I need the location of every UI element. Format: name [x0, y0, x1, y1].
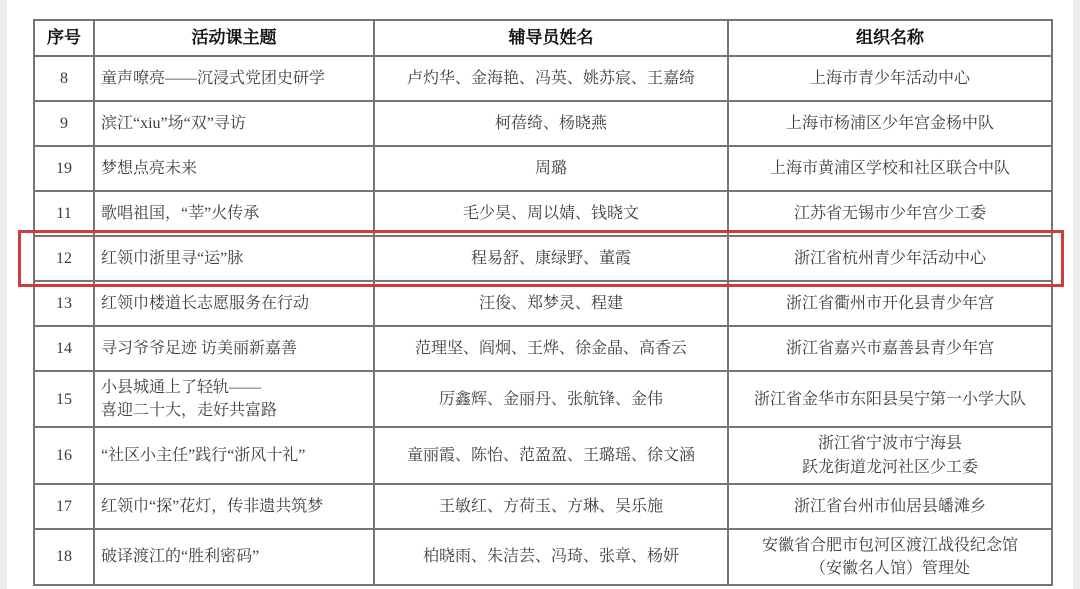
- table-row: 14 寻习爷爷足迹 访美丽新嘉善 范理坚、阎炯、王烨、徐金晶、高香云 浙江省嘉兴…: [34, 326, 1052, 371]
- cell-serial-number: 12: [34, 236, 94, 281]
- theme-line-1: 红领巾“探”花灯，传非遗共筑梦: [101, 495, 367, 518]
- org-line-1: 浙江省台州市仙居县皤滩乡: [735, 495, 1045, 518]
- right-edge-strip: [1073, 0, 1080, 589]
- org-line-2: （安徽名人馆）管理处: [735, 557, 1045, 580]
- table-row: 17 红领巾“探”花灯，传非遗共筑梦 王敏红、方荷玉、方琳、吴乐施 浙江省台州市…: [34, 484, 1052, 529]
- page: 序号 活动课主题 辅导员姓名 组织名称 8 童声嘹亮——沉浸式党团史研学 卢灼华…: [0, 0, 1080, 589]
- theme-line-1: 红领巾浙里寻“运”脉: [101, 247, 367, 270]
- cell-activity-theme: 破译渡江的“胜利密码”: [94, 529, 374, 585]
- header-serial-number: 序号: [34, 20, 94, 56]
- cell-serial-number: 19: [34, 146, 94, 191]
- header-organization-name: 组织名称: [728, 20, 1052, 56]
- theme-line-1: 破译渡江的“胜利密码”: [101, 545, 367, 568]
- cell-organization-name: 浙江省宁波市宁海县 跃龙街道龙河社区少工委: [728, 427, 1052, 483]
- table-row: 18 破译渡江的“胜利密码” 柏晓雨、朱洁芸、冯琦、张章、杨妍 安徽省合肥市包河…: [34, 529, 1052, 585]
- table-header: 序号 活动课主题 辅导员姓名 组织名称: [34, 20, 1052, 56]
- theme-line-1: 寻习爷爷足迹 访美丽新嘉善: [101, 337, 367, 360]
- cell-serial-number: 15: [34, 371, 94, 427]
- cell-counselor-names: 柏晓雨、朱洁芸、冯琦、张章、杨妍: [374, 529, 728, 585]
- cell-counselor-names: 范理坚、阎炯、王烨、徐金晶、高香云: [374, 326, 728, 371]
- table-row: 16 “社区小主任”践行“浙风十礼” 童丽霞、陈怡、范盈盈、王璐瑶、徐文涵 浙江…: [34, 427, 1052, 483]
- cell-serial-number: 16: [34, 427, 94, 483]
- cell-serial-number: 8: [34, 56, 94, 101]
- cell-serial-number: 14: [34, 326, 94, 371]
- cell-activity-theme: “社区小主任”践行“浙风十礼”: [94, 427, 374, 483]
- org-line-1: 上海市杨浦区少年宫金杨中队: [735, 112, 1045, 135]
- cell-serial-number: 18: [34, 529, 94, 585]
- cell-activity-theme: 梦想点亮未来: [94, 146, 374, 191]
- theme-line-1: 歌唱祖国，“莘”火传承: [101, 202, 367, 225]
- cell-organization-name: 浙江省嘉兴市嘉善县青少年宫: [728, 326, 1052, 371]
- cell-organization-name: 浙江省台州市仙居县皤滩乡: [728, 484, 1052, 529]
- cell-activity-theme: 滨江“xiu”场“双”寻访: [94, 101, 374, 146]
- cell-activity-theme: 寻习爷爷足迹 访美丽新嘉善: [94, 326, 374, 371]
- cell-organization-name: 江苏省无锡市少年宫少工委: [728, 191, 1052, 236]
- table-row: 9 滨江“xiu”场“双”寻访 柯蓓绮、杨晓燕 上海市杨浦区少年宫金杨中队: [34, 101, 1052, 146]
- table-row: 8 童声嘹亮——沉浸式党团史研学 卢灼华、金海艳、冯英、姚苏宸、王嘉绮 上海市青…: [34, 56, 1052, 101]
- theme-line-1: 红领巾楼道长志愿服务在行动: [101, 292, 367, 315]
- header-activity-theme: 活动课主题: [94, 20, 374, 56]
- cell-counselor-names: 王敏红、方荷玉、方琳、吴乐施: [374, 484, 728, 529]
- left-edge-strip: [0, 0, 7, 589]
- cell-activity-theme: 歌唱祖国，“莘”火传承: [94, 191, 374, 236]
- cell-activity-theme: 童声嘹亮——沉浸式党团史研学: [94, 56, 374, 101]
- cell-activity-theme: 小县城通上了轻轨—— 喜迎二十大，走好共富路: [94, 371, 374, 427]
- table-body: 8 童声嘹亮——沉浸式党团史研学 卢灼华、金海艳、冯英、姚苏宸、王嘉绮 上海市青…: [34, 56, 1052, 585]
- theme-line-1: “社区小主任”践行“浙风十礼”: [101, 444, 367, 467]
- table-row-highlighted: 12 红领巾浙里寻“运”脉 程易舒、康绿野、董霞 浙江省杭州青少年活动中心: [34, 236, 1052, 281]
- cell-organization-name: 浙江省金华市东阳县吴宁第一小学大队: [728, 371, 1052, 427]
- theme-line-2: 喜迎二十大，走好共富路: [101, 399, 367, 422]
- cell-serial-number: 9: [34, 101, 94, 146]
- theme-line-1: 小县城通上了轻轨——: [101, 376, 367, 399]
- org-line-1: 浙江省金华市东阳县吴宁第一小学大队: [735, 388, 1045, 411]
- org-line-1: 浙江省杭州青少年活动中心: [735, 247, 1045, 270]
- org-line-1: 江苏省无锡市少年宫少工委: [735, 202, 1045, 225]
- cell-activity-theme: 红领巾浙里寻“运”脉: [94, 236, 374, 281]
- table-row: 19 梦想点亮未来 周璐 上海市黄浦区学校和社区联合中队: [34, 146, 1052, 191]
- cell-organization-name: 上海市黄浦区学校和社区联合中队: [728, 146, 1052, 191]
- org-line-1: 上海市黄浦区学校和社区联合中队: [735, 157, 1045, 180]
- cell-counselor-names: 周璐: [374, 146, 728, 191]
- cell-activity-theme: 红领巾“探”花灯，传非遗共筑梦: [94, 484, 374, 529]
- cell-counselor-names: 毛少昊、周以婧、钱晓文: [374, 191, 728, 236]
- theme-line-1: 梦想点亮未来: [101, 157, 367, 180]
- org-line-1: 安徽省合肥市包河区渡江战役纪念馆: [735, 534, 1045, 557]
- org-line-1: 浙江省衢州市开化县青少年宫: [735, 292, 1045, 315]
- cell-counselor-names: 程易舒、康绿野、董霞: [374, 236, 728, 281]
- theme-line-1: 童声嘹亮——沉浸式党团史研学: [101, 67, 367, 90]
- org-line-1: 浙江省宁波市宁海县: [735, 432, 1045, 455]
- header-counselor-names: 辅导员姓名: [374, 20, 728, 56]
- cell-counselor-names: 汪俊、郑梦灵、程建: [374, 281, 728, 326]
- cell-organization-name: 安徽省合肥市包河区渡江战役纪念馆 （安徽名人馆）管理处: [728, 529, 1052, 585]
- table-row: 11 歌唱祖国，“莘”火传承 毛少昊、周以婧、钱晓文 江苏省无锡市少年宫少工委: [34, 191, 1052, 236]
- activity-roster-table: 序号 活动课主题 辅导员姓名 组织名称 8 童声嘹亮——沉浸式党团史研学 卢灼华…: [33, 19, 1053, 586]
- cell-serial-number: 11: [34, 191, 94, 236]
- header-row: 序号 活动课主题 辅导员姓名 组织名称: [34, 20, 1052, 56]
- cell-counselor-names: 厉鑫辉、金丽丹、张航锋、金伟: [374, 371, 728, 427]
- cell-organization-name: 上海市青少年活动中心: [728, 56, 1052, 101]
- table-row: 13 红领巾楼道长志愿服务在行动 汪俊、郑梦灵、程建 浙江省衢州市开化县青少年宫: [34, 281, 1052, 326]
- cell-organization-name: 浙江省衢州市开化县青少年宫: [728, 281, 1052, 326]
- org-line-2: 跃龙街道龙河社区少工委: [735, 456, 1045, 479]
- cell-organization-name: 浙江省杭州青少年活动中心: [728, 236, 1052, 281]
- cell-organization-name: 上海市杨浦区少年宫金杨中队: [728, 101, 1052, 146]
- cell-counselor-names: 柯蓓绮、杨晓燕: [374, 101, 728, 146]
- org-line-1: 上海市青少年活动中心: [735, 67, 1045, 90]
- cell-counselor-names: 卢灼华、金海艳、冯英、姚苏宸、王嘉绮: [374, 56, 728, 101]
- theme-line-1: 滨江“xiu”场“双”寻访: [101, 112, 367, 135]
- org-line-1: 浙江省嘉兴市嘉善县青少年宫: [735, 337, 1045, 360]
- cell-activity-theme: 红领巾楼道长志愿服务在行动: [94, 281, 374, 326]
- cell-serial-number: 17: [34, 484, 94, 529]
- cell-counselor-names: 童丽霞、陈怡、范盈盈、王璐瑶、徐文涵: [374, 427, 728, 483]
- table-row: 15 小县城通上了轻轨—— 喜迎二十大，走好共富路 厉鑫辉、金丽丹、张航锋、金伟…: [34, 371, 1052, 427]
- cell-serial-number: 13: [34, 281, 94, 326]
